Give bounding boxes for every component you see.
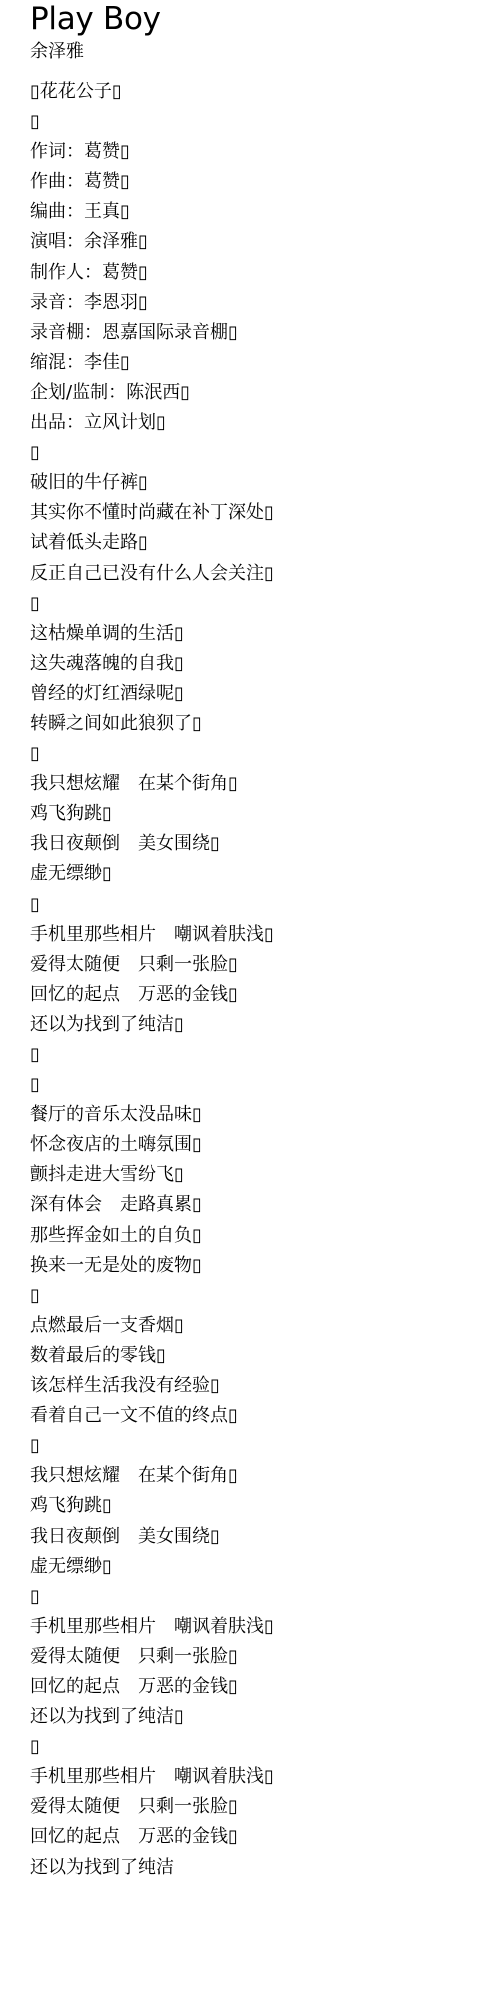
lyric-line: 企划/监制：陈泯西▯ <box>30 378 274 408</box>
lyric-line: 还以为找到了纯洁▯ <box>30 1702 274 1732</box>
lyric-line: 我日夜颠倒 美女围绕▯ <box>30 829 274 859</box>
lyric-line: ▯ <box>30 107 274 137</box>
lyric-line: 作曲：葛赞▯ <box>30 167 274 197</box>
lyric-line: ▯ <box>30 438 274 468</box>
lyric-line: 该怎样生活我没有经验▯ <box>30 1371 274 1401</box>
lyric-line: 虚无缥缈▯ <box>30 859 274 889</box>
lyric-line: ▯ <box>30 1431 274 1461</box>
lyric-line: 出品：立风计划▯ <box>30 408 274 438</box>
lyric-line: 手机里那些相片 嘲讽着肤浅▯ <box>30 1612 274 1642</box>
lyric-line: ▯ <box>30 1070 274 1100</box>
lyric-line: 我只想炫耀 在某个街角▯ <box>30 769 274 799</box>
lyric-line: 我日夜颠倒 美女围绕▯ <box>30 1522 274 1552</box>
lyric-line: 怀念夜店的土嗨氛围▯ <box>30 1130 274 1160</box>
lyric-line: ▯ <box>30 589 274 619</box>
lyric-line: 深有体会 走路真累▯ <box>30 1190 274 1220</box>
lyric-line: 爱得太随便 只剩一张脸▯ <box>30 1792 274 1822</box>
lyric-line: 制作人：葛赞▯ <box>30 258 274 288</box>
lyric-line: ▯花花公子▯ <box>30 77 274 107</box>
lyric-line: 录音棚：恩嘉国际录音棚▯ <box>30 318 274 348</box>
lyric-line: ▯ <box>30 1732 274 1762</box>
lyric-line: 手机里那些相片 嘲讽着肤浅▯ <box>30 920 274 950</box>
lyric-line: 录音：李恩羽▯ <box>30 288 274 318</box>
lyric-line: ▯ <box>30 739 274 769</box>
lyric-line: 爱得太随便 只剩一张脸▯ <box>30 950 274 980</box>
lyric-line: 手机里那些相片 嘲讽着肤浅▯ <box>30 1762 274 1792</box>
lyric-line: 回忆的起点 万恶的金钱▯ <box>30 1672 274 1702</box>
lyric-line: 曾经的灯红酒绿呢▯ <box>30 679 274 709</box>
lyric-line: 其实你不懂时尚藏在补丁深处▯ <box>30 498 274 528</box>
lyric-line: ▯ <box>30 1040 274 1070</box>
lyric-line: ▯ <box>30 1281 274 1311</box>
lyric-line: 缩混：李佳▯ <box>30 348 274 378</box>
lyric-line: 试着低头走路▯ <box>30 528 274 558</box>
lyric-line: 转瞬之间如此狼狈了▯ <box>30 709 274 739</box>
lyric-line: 作词：葛赞▯ <box>30 137 274 167</box>
lyric-line: 编曲：王真▯ <box>30 197 274 227</box>
lyric-line: 还以为找到了纯洁▯ <box>30 1010 274 1040</box>
lyric-line: 这枯燥单调的生活▯ <box>30 619 274 649</box>
lyric-line: 换来一无是处的废物▯ <box>30 1251 274 1281</box>
lyric-line: 还以为找到了纯洁 <box>30 1853 274 1883</box>
lyric-line: 餐厅的音乐太没品味▯ <box>30 1100 274 1130</box>
lyric-line: 回忆的起点 万恶的金钱▯ <box>30 1822 274 1852</box>
lyric-line: ▯ <box>30 890 274 920</box>
lyric-line: 点燃最后一支香烟▯ <box>30 1311 274 1341</box>
lyric-line: 破旧的牛仔裤▯ <box>30 468 274 498</box>
lyric-line: 这失魂落魄的自我▯ <box>30 649 274 679</box>
song-artist: 余泽雅 <box>30 40 84 64</box>
lyric-line: 我只想炫耀 在某个街角▯ <box>30 1461 274 1491</box>
lyric-line: 鸡飞狗跳▯ <box>30 799 274 829</box>
lyric-line: ▯ <box>30 1582 274 1612</box>
song-title: Play Boy <box>30 0 161 38</box>
lyric-line: 鸡飞狗跳▯ <box>30 1491 274 1521</box>
lyric-line: 反正自己已没有什么人会关注▯ <box>30 559 274 589</box>
lyric-line: 看着自己一文不值的终点▯ <box>30 1401 274 1431</box>
lyric-line: 虚无缥缈▯ <box>30 1552 274 1582</box>
lyric-line: 数着最后的零钱▯ <box>30 1341 274 1371</box>
lyric-line: 爱得太随便 只剩一张脸▯ <box>30 1642 274 1672</box>
lyric-line: 那些挥金如土的自负▯ <box>30 1221 274 1251</box>
lyric-line: 颤抖走进大雪纷飞▯ <box>30 1160 274 1190</box>
lyric-line: 回忆的起点 万恶的金钱▯ <box>30 980 274 1010</box>
lyric-line: 演唱：余泽雅▯ <box>30 227 274 257</box>
lyrics-list: ▯花花公子▯▯作词：葛赞▯作曲：葛赞▯编曲：王真▯演唱：余泽雅▯制作人：葛赞▯录… <box>30 77 274 1883</box>
